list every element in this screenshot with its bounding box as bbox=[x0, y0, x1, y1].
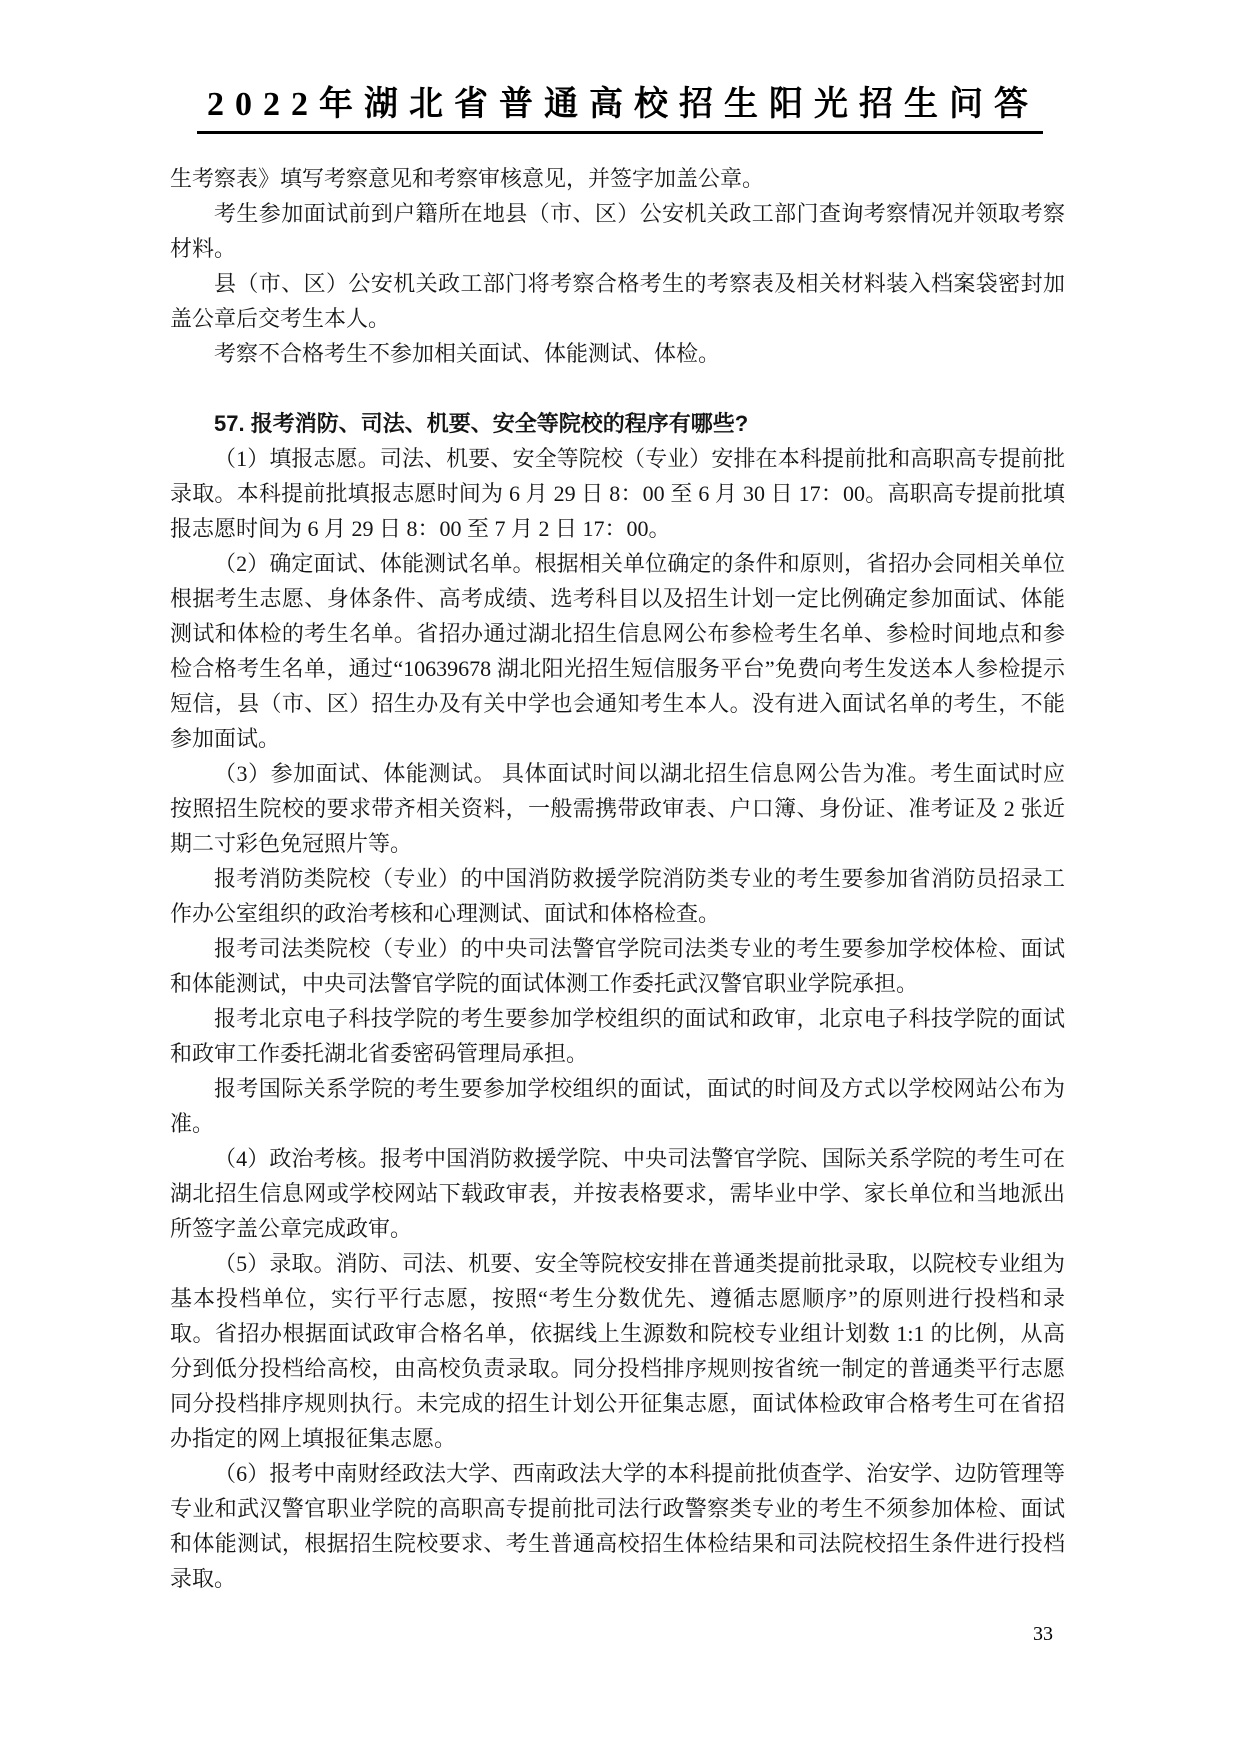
document-title: 2022年湖北省普通高校招生阳光招生问答 bbox=[197, 86, 1043, 134]
paragraph: 报考消防类院校（专业）的中国消防救援学院消防类专业的考生要参加省消防员招录工作办… bbox=[170, 861, 1065, 931]
paragraph: 考生参加面试前到户籍所在地县（市、区）公安机关政工部门查询考察情况并领取考察材料… bbox=[170, 196, 1065, 266]
section-heading: 57. 报考消防、司法、机要、安全等院校的程序有哪些? bbox=[170, 406, 1065, 441]
document-header: 2022年湖北省普通高校招生阳光招生问答 bbox=[0, 0, 1240, 134]
paragraph: （4）政治考核。报考中国消防救援学院、中央司法警官学院、国际关系学院的考生可在湖… bbox=[170, 1141, 1065, 1246]
paragraph: （6）报考中南财经政法大学、西南政法大学的本科提前批侦查学、治安学、边防管理等专… bbox=[170, 1456, 1065, 1596]
paragraph: 报考司法类院校（专业）的中央司法警官学院司法类专业的考生要参加学校体检、面试和体… bbox=[170, 931, 1065, 1001]
document-page: 2022年湖北省普通高校招生阳光招生问答 生考察表》填写考察意见和考察审核意见，… bbox=[0, 0, 1240, 1753]
paragraph: 生考察表》填写考察意见和考察审核意见，并签字加盖公章。 bbox=[170, 161, 1065, 196]
document-body: 生考察表》填写考察意见和考察审核意见，并签字加盖公章。考生参加面试前到户籍所在地… bbox=[170, 161, 1065, 1596]
paragraph: （2）确定面试、体能测试名单。根据相关单位确定的条件和原则，省招办会同相关单位根… bbox=[170, 546, 1065, 756]
paragraph: 县（市、区）公安机关政工部门将考察合格考生的考察表及相关材料装入档案袋密封加盖公… bbox=[170, 266, 1065, 336]
paragraph: 报考北京电子科技学院的考生要参加学校组织的面试和政审，北京电子科技学院的面试和政… bbox=[170, 1001, 1065, 1071]
paragraph: （3）参加面试、体能测试。 具体面试时间以湖北招生信息网公告为准。考生面试时应按… bbox=[170, 756, 1065, 861]
page-number: 33 bbox=[1033, 1622, 1053, 1646]
paragraph: （5）录取。消防、司法、机要、安全等院校安排在普通类提前批录取，以院校专业组为基… bbox=[170, 1246, 1065, 1456]
paragraph: （1）填报志愿。司法、机要、安全等院校（专业）安排在本科提前批和高职高专提前批录… bbox=[170, 441, 1065, 546]
paragraph: 考察不合格考生不参加相关面试、体能测试、体检。 bbox=[170, 336, 1065, 371]
paragraph: 报考国际关系学院的考生要参加学校组织的面试，面试的时间及方式以学校网站公布为准。 bbox=[170, 1071, 1065, 1141]
